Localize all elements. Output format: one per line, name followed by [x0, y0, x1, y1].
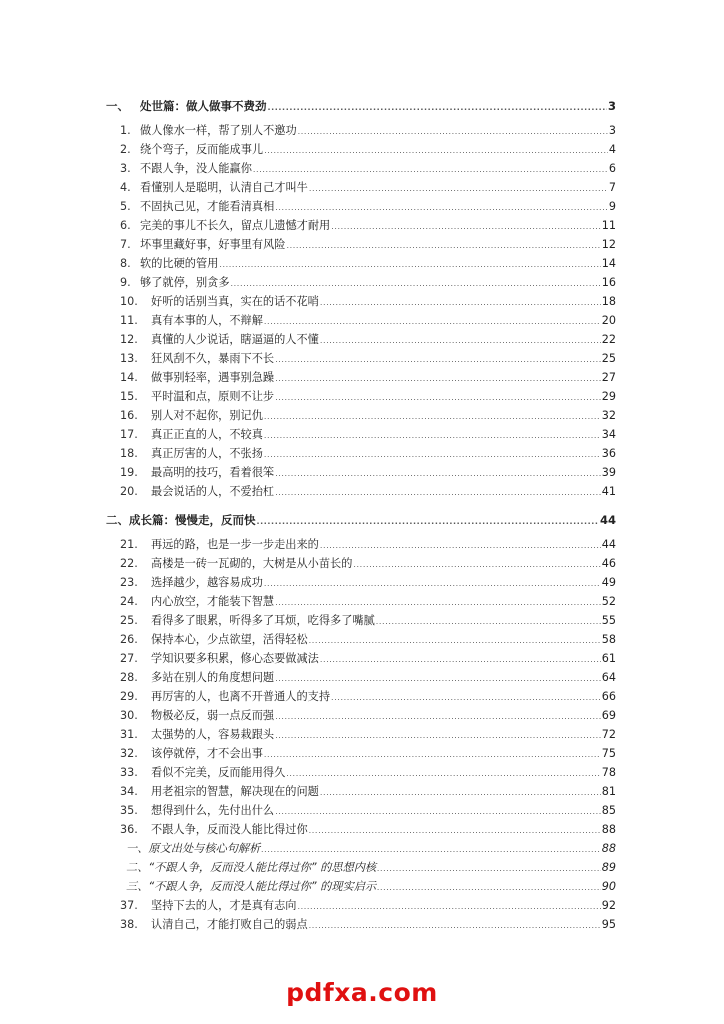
- entry-page-number: 18: [602, 292, 616, 311]
- entry-title: 想得到什么，先付出什么: [147, 801, 274, 820]
- entry-page-number: 34: [602, 425, 616, 444]
- toc-entry[interactable]: 2.绕个弯子，反而能成事儿4: [106, 140, 616, 159]
- toc-entry[interactable]: 37.坚持下去的人，才是真有志向92: [106, 896, 616, 915]
- entry-page-number: 95: [602, 915, 616, 934]
- entry-title: 原文出处与核心句解析: [148, 839, 260, 858]
- toc-entry[interactable]: 26.保持本心，少点欲望，活得轻松58: [106, 630, 616, 649]
- entry-title: 选择越少，越容易成功: [147, 573, 263, 592]
- entry-number: 17.: [106, 425, 147, 444]
- entry-number: 27.: [106, 649, 147, 668]
- entry-title: 看似不完美，反而能用得久: [147, 763, 285, 782]
- dot-leader: [275, 369, 601, 388]
- entry-title: 处世篇：做人做事不费劲: [140, 95, 267, 117]
- dot-leader: [309, 821, 601, 840]
- entry-title: 平时温和点，原则不让步: [147, 387, 274, 406]
- entry-title: 不跟人争，没人能赢你: [136, 159, 252, 178]
- toc-entry[interactable]: 11.真有本事的人，不辩解20: [106, 311, 616, 330]
- entry-page-number: 88: [602, 839, 616, 858]
- toc-entry[interactable]: 20.最会说话的人，不爱抬杠41: [106, 482, 616, 501]
- toc-entry[interactable]: 22.高楼是一砖一瓦砌的，大树是从小苗长的46: [106, 554, 616, 573]
- entry-number: 18.: [106, 444, 147, 463]
- entry-title: 高楼是一砖一瓦砌的，大树是从小苗长的: [147, 554, 352, 573]
- dot-leader: [264, 574, 601, 593]
- entry-page-number: 9: [609, 197, 616, 216]
- entry-number: 22.: [106, 554, 147, 573]
- dot-leader: [275, 593, 601, 612]
- toc-entry[interactable]: 32.该停就停，才不会出事75: [106, 744, 616, 763]
- dot-leader: [275, 464, 601, 483]
- entry-number: 一、: [106, 95, 140, 117]
- toc-subentry[interactable]: 二、“不跟人争，反而没人能比得过你” 的思想内核89: [106, 858, 616, 877]
- entry-number: 19.: [106, 463, 147, 482]
- toc-subentry[interactable]: 一、原文出处与核心句解析88: [106, 839, 616, 858]
- entry-title: 内心放空，才能装下智慧: [147, 592, 274, 611]
- entry-number: 24.: [106, 592, 147, 611]
- entry-page-number: 7: [609, 178, 616, 197]
- toc-entry[interactable]: 28.多站在别人的角度想问题64: [106, 668, 616, 687]
- toc-entry[interactable]: 29.再厉害的人，也离不开普通人的支持66: [106, 687, 616, 706]
- entry-page-number: 90: [602, 877, 616, 896]
- dot-leader: [275, 726, 601, 745]
- dot-leader: [320, 536, 601, 555]
- toc-entry[interactable]: 13.狂风刮不久，暴雨下不长25: [106, 349, 616, 368]
- entry-page-number: 44: [602, 535, 616, 554]
- entry-number: 36.: [106, 820, 147, 839]
- entry-number: 11.: [106, 311, 147, 330]
- entry-page-number: 81: [602, 782, 616, 801]
- entry-page-number: 46: [602, 554, 616, 573]
- entry-number: 7.: [106, 235, 136, 254]
- entry-page-number: 25: [602, 349, 616, 368]
- dot-leader: [331, 217, 601, 236]
- entry-title: 物极必反，弱一点反而强: [147, 706, 274, 725]
- entry-title: 狂风刮不久，暴雨下不长: [147, 349, 274, 368]
- dot-leader: [257, 511, 599, 533]
- dot-leader: [264, 445, 601, 464]
- toc-entry[interactable]: 23.选择越少，越容易成功49: [106, 573, 616, 592]
- entry-title: 别人对不起你，别记仇: [147, 406, 263, 425]
- entry-title: 看得多了眼累，听得多了耳烦，吃得多了嘴腻: [147, 611, 375, 630]
- entry-number: 38.: [106, 915, 147, 934]
- dot-leader: [275, 388, 601, 407]
- dot-leader: [377, 878, 601, 897]
- entry-number: 13.: [106, 349, 147, 368]
- entry-title: 不固执己见，才能看清真相: [136, 197, 274, 216]
- toc-entry[interactable]: 1.做人像水一样，帮了别人不邀功3: [106, 121, 616, 140]
- toc-entry[interactable]: 16.别人对不起你，别记仇32: [106, 406, 616, 425]
- toc-entry[interactable]: 25.看得多了眼累，听得多了耳烦，吃得多了嘴腻55: [106, 611, 616, 630]
- entry-page-number: 16: [602, 273, 616, 292]
- toc-entry[interactable]: 27.学知识要多积累，修心态要做减法61: [106, 649, 616, 668]
- toc-entry[interactable]: 35.想得到什么，先付出什么85: [106, 801, 616, 820]
- entry-page-number: 78: [602, 763, 616, 782]
- toc-entry[interactable]: 14.做事别轻率，遇事别急躁27: [106, 368, 616, 387]
- toc-entry[interactable]: 17.真正正直的人，不较真34: [106, 425, 616, 444]
- toc-subentry[interactable]: 三、“不跟人争，反而没人能比得过你” 的现实启示90: [106, 877, 616, 896]
- toc-section-heading[interactable]: 一、处世篇：做人做事不费劲3: [106, 95, 616, 117]
- toc-entry[interactable]: 24.内心放空，才能装下智慧52: [106, 592, 616, 611]
- entry-number: 三、: [106, 877, 148, 896]
- dot-leader: [275, 483, 601, 502]
- entry-number: 1.: [106, 121, 136, 140]
- entry-page-number: 58: [602, 630, 616, 649]
- entry-title: 最高明的技巧，看着很笨: [147, 463, 274, 482]
- entry-number: 32.: [106, 744, 147, 763]
- dot-leader: [331, 688, 601, 707]
- entry-title: 保持本心，少点欲望，活得轻松: [147, 630, 308, 649]
- entry-number: 21.: [106, 535, 147, 554]
- toc-entry[interactable]: 6.完美的事儿不长久，留点儿遗憾才耐用11: [106, 216, 616, 235]
- toc-entry[interactable]: 19.最高明的技巧，看着很笨39: [106, 463, 616, 482]
- toc-entry[interactable]: 5.不固执己见，才能看清真相9: [106, 197, 616, 216]
- entry-page-number: 11: [602, 216, 616, 235]
- entry-title: 学知识要多积累，修心态要做减法: [147, 649, 319, 668]
- dot-leader: [297, 897, 600, 916]
- dot-leader: [264, 141, 608, 160]
- dot-leader: [264, 407, 601, 426]
- dot-leader: [275, 350, 601, 369]
- entry-title: 绕个弯子，反而能成事儿: [136, 140, 263, 159]
- section-gap: [106, 501, 616, 509]
- toc-entry[interactable]: 15.平时温和点，原则不让步29: [106, 387, 616, 406]
- toc-entry[interactable]: 36.不跟人争，反而没人能比得过你88: [106, 820, 616, 839]
- entry-title: 真正正直的人，不较真: [147, 425, 263, 444]
- entry-page-number: 92: [602, 896, 616, 915]
- entry-number: 一、: [106, 839, 148, 858]
- entry-title: 最会说话的人，不爱抬杠: [147, 482, 274, 501]
- entry-number: 14.: [106, 368, 147, 387]
- entry-page-number: 75: [602, 744, 616, 763]
- entry-title: 真懂的人少说话，瞎逼逼的人不懂: [147, 330, 319, 349]
- entry-page-number: 41: [602, 482, 616, 501]
- dot-leader: [264, 745, 601, 764]
- entry-number: 26.: [106, 630, 147, 649]
- entry-page-number: 4: [609, 140, 616, 159]
- entry-number: 二、: [106, 858, 148, 877]
- toc-entry[interactable]: 21.再远的路，也是一步一步走出来的44: [106, 535, 616, 554]
- toc-section-heading[interactable]: 二、成长篇：慢慢走，反而快44: [106, 509, 616, 531]
- toc-entry[interactable]: 9.够了就停，别贪多16: [106, 273, 616, 292]
- entry-title: 做人像水一样，帮了别人不邀功: [136, 121, 297, 140]
- entry-title: 成长篇：慢慢走，反而快: [129, 509, 256, 531]
- entry-number: 37.: [106, 896, 147, 915]
- dot-leader: [275, 707, 601, 726]
- entry-number: 9.: [106, 273, 136, 292]
- entry-page-number: 36: [602, 444, 616, 463]
- entry-title: 软的比硬的管用: [136, 254, 218, 273]
- entry-number: 30.: [106, 706, 147, 725]
- watermark: pdfxa.com: [0, 978, 724, 1007]
- dot-leader: [286, 764, 600, 783]
- entry-number: 35.: [106, 801, 147, 820]
- entry-page-number: 44: [600, 509, 616, 531]
- entry-title: 好听的话别当真，实在的话不花哨: [147, 292, 319, 311]
- entry-number: 10.: [106, 292, 147, 311]
- entry-number: 34.: [106, 782, 147, 801]
- toc-entry[interactable]: 12.真懂的人少说话，瞎逼逼的人不懂22: [106, 330, 616, 349]
- entry-page-number: 14: [602, 254, 616, 273]
- toc-entry[interactable]: 33.看似不完美，反而能用得久78: [106, 763, 616, 782]
- entry-page-number: 3: [609, 121, 616, 140]
- dot-leader: [298, 122, 608, 141]
- entry-number: 33.: [106, 763, 147, 782]
- dot-leader: [231, 274, 601, 293]
- entry-page-number: 85: [602, 801, 616, 820]
- entry-title: “不跟人争，反而没人能比得过你” 的现实启示: [148, 877, 376, 896]
- toc-entry[interactable]: 31.太强势的人，容易栽跟头72: [106, 725, 616, 744]
- entry-number: 12.: [106, 330, 147, 349]
- dot-leader: [264, 426, 601, 445]
- entry-title: 完美的事儿不长久，留点儿遗憾才耐用: [136, 216, 330, 235]
- entry-page-number: 3: [608, 95, 616, 117]
- dot-leader: [320, 293, 601, 312]
- entry-page-number: 61: [602, 649, 616, 668]
- dot-leader: [275, 198, 608, 217]
- entry-number: 8.: [106, 254, 136, 273]
- entry-page-number: 32: [602, 406, 616, 425]
- dot-leader: [320, 650, 601, 669]
- entry-title: 多站在别人的角度想问题: [147, 668, 274, 687]
- dot-leader: [275, 669, 601, 688]
- entry-number: 二、: [106, 509, 129, 531]
- entry-number: 25.: [106, 611, 147, 630]
- table-of-contents: 一、处世篇：做人做事不费劲31.做人像水一样，帮了别人不邀功32.绕个弯子，反而…: [106, 95, 616, 934]
- entry-page-number: 12: [602, 235, 616, 254]
- entry-page-number: 27: [602, 368, 616, 387]
- dot-leader: [219, 255, 600, 274]
- entry-title: 坏事里藏好事，好事里有风险: [136, 235, 285, 254]
- dot-leader: [376, 612, 601, 631]
- entry-title: 不跟人争，反而没人能比得过你: [147, 820, 308, 839]
- entry-page-number: 66: [602, 687, 616, 706]
- entry-page-number: 88: [602, 820, 616, 839]
- entry-page-number: 49: [602, 573, 616, 592]
- entry-number: 2.: [106, 140, 136, 159]
- entry-number: 6.: [106, 216, 136, 235]
- entry-title: 真正厉害的人，不张扬: [147, 444, 263, 463]
- dot-leader: [309, 631, 601, 650]
- entry-title: “不跟人争，反而没人能比得过你” 的思想内核: [148, 858, 376, 877]
- toc-entry[interactable]: 38.认清自己，才能打败自己的弱点95: [106, 915, 616, 934]
- entry-page-number: 52: [602, 592, 616, 611]
- entry-title: 用老祖宗的智慧，解决现在的问题: [147, 782, 319, 801]
- toc-entry[interactable]: 30.物极必反，弱一点反而强69: [106, 706, 616, 725]
- entry-number: 4.: [106, 178, 136, 197]
- entry-page-number: 39: [602, 463, 616, 482]
- toc-entry[interactable]: 7.坏事里藏好事，好事里有风险12: [106, 235, 616, 254]
- entry-page-number: 55: [602, 611, 616, 630]
- entry-title: 做事别轻率，遇事别急躁: [147, 368, 274, 387]
- document-page: 一、处世篇：做人做事不费劲31.做人像水一样，帮了别人不邀功32.绕个弯子，反而…: [0, 0, 724, 1024]
- entry-page-number: 64: [602, 668, 616, 687]
- entry-title: 够了就停，别贪多: [136, 273, 230, 292]
- entry-number: 16.: [106, 406, 147, 425]
- entry-page-number: 20: [602, 311, 616, 330]
- dot-leader: [286, 236, 600, 255]
- toc-entry[interactable]: 10.好听的话别当真，实在的话不花哨18: [106, 292, 616, 311]
- toc-entry[interactable]: 18.真正厉害的人，不张扬36: [106, 444, 616, 463]
- entry-title: 认清自己，才能打败自己的弱点: [147, 915, 308, 934]
- dot-leader: [377, 859, 601, 878]
- entry-title: 真有本事的人，不辩解: [147, 311, 263, 330]
- dot-leader: [353, 555, 600, 574]
- entry-page-number: 6: [609, 159, 616, 178]
- dot-leader: [309, 179, 608, 198]
- entry-page-number: 89: [602, 858, 616, 877]
- entry-page-number: 69: [602, 706, 616, 725]
- entry-page-number: 22: [602, 330, 616, 349]
- entry-title: 看懂别人是聪明，认清自己才叫牛: [136, 178, 308, 197]
- entry-number: 23.: [106, 573, 147, 592]
- entry-number: 20.: [106, 482, 147, 501]
- entry-title: 再远的路，也是一步一步走出来的: [147, 535, 319, 554]
- entry-number: 3.: [106, 159, 136, 178]
- entry-number: 28.: [106, 668, 147, 687]
- entry-title: 该停就停，才不会出事: [147, 744, 263, 763]
- entry-number: 29.: [106, 687, 147, 706]
- dot-leader: [261, 840, 600, 859]
- dot-leader: [275, 802, 601, 821]
- entry-page-number: 29: [602, 387, 616, 406]
- toc-entry[interactable]: 4.看懂别人是聪明，认清自己才叫牛7: [106, 178, 616, 197]
- toc-entry[interactable]: 8.软的比硬的管用14: [106, 254, 616, 273]
- dot-leader: [320, 783, 601, 802]
- entry-title: 太强势的人，容易栽跟头: [147, 725, 274, 744]
- dot-leader: [264, 312, 601, 331]
- entry-number: 31.: [106, 725, 147, 744]
- entry-title: 坚持下去的人，才是真有志向: [147, 896, 296, 915]
- entry-page-number: 72: [602, 725, 616, 744]
- toc-entry[interactable]: 3.不跟人争，没人能赢你6: [106, 159, 616, 178]
- entry-number: 15.: [106, 387, 147, 406]
- toc-entry[interactable]: 34.用老祖宗的智慧，解决现在的问题81: [106, 782, 616, 801]
- dot-leader: [320, 331, 601, 350]
- dot-leader: [309, 916, 601, 935]
- entry-title: 再厉害的人，也离不开普通人的支持: [147, 687, 330, 706]
- dot-leader: [268, 97, 607, 119]
- dot-leader: [253, 160, 608, 179]
- entry-number: 5.: [106, 197, 136, 216]
